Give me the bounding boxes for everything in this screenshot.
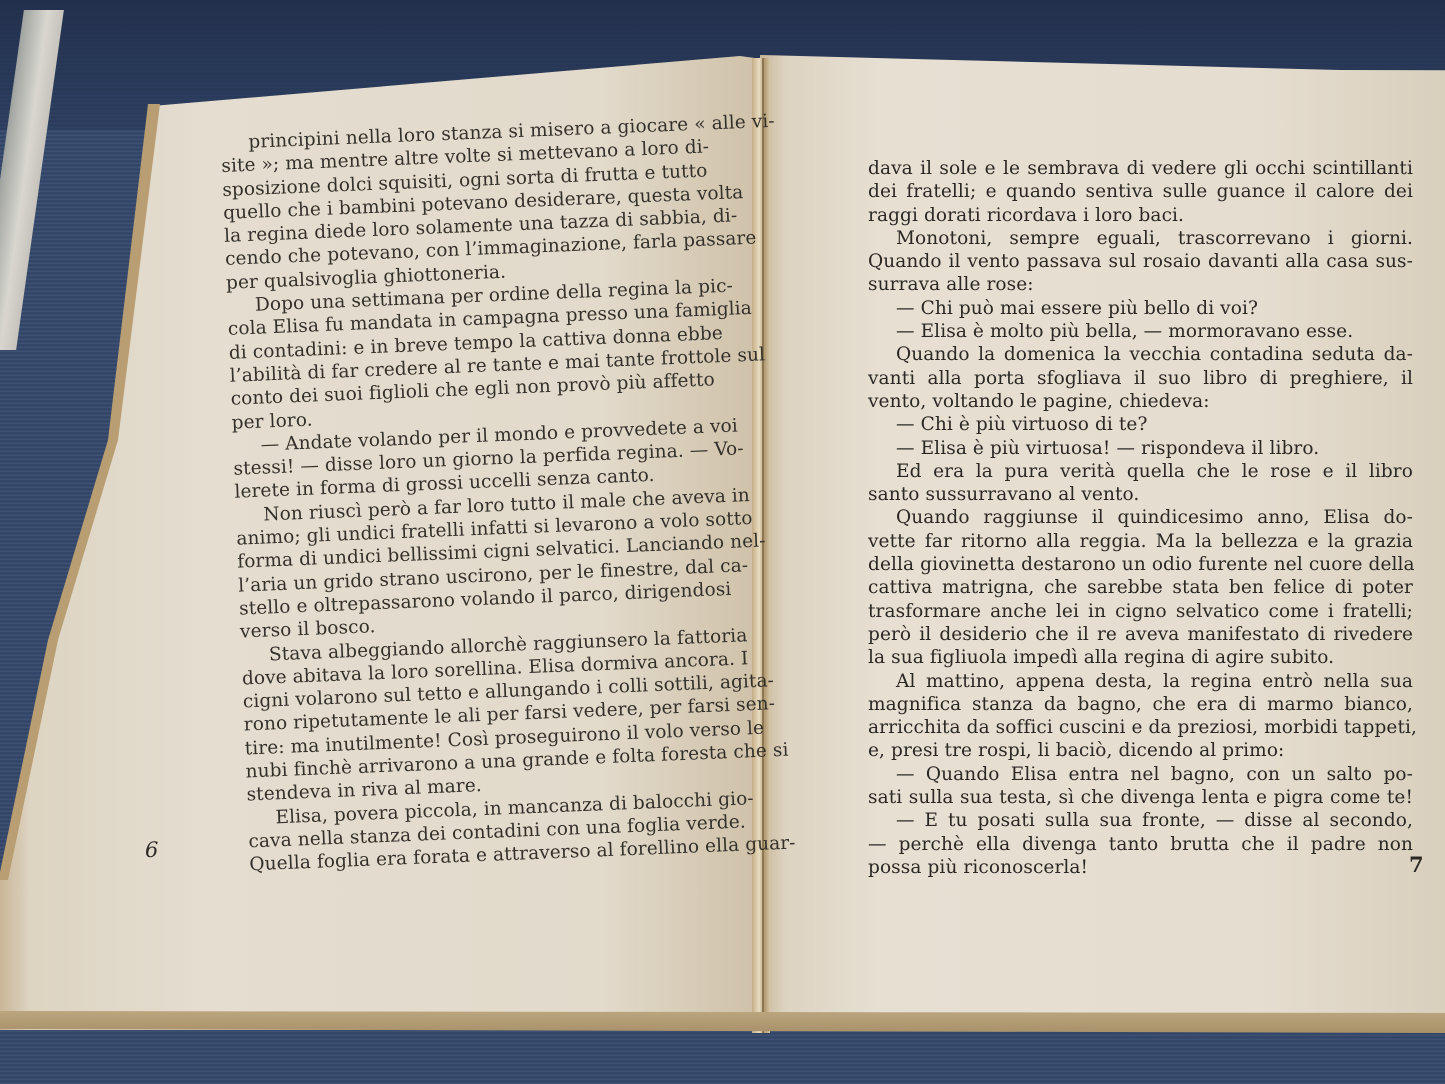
book-bottom-edge <box>0 1011 1445 1037</box>
text-line: — E tu posati sulla sua fronte, — disse … <box>868 809 1413 832</box>
text-line: — Elisa è più virtuosa! — rispondeva il … <box>868 437 1413 460</box>
text-line: surrava alle rose: <box>868 273 1413 296</box>
text-line: — Quando Elisa entra nel bagno, con un s… <box>868 763 1413 786</box>
text-line: però il desiderio che il re aveva manife… <box>868 623 1413 646</box>
text-line: trasformare anche lei in cigno selvatico… <box>868 600 1413 623</box>
text-line: sati sulla sua testa, sì che divenga len… <box>868 786 1413 809</box>
text-line: — Chi è più virtuoso di te? <box>868 413 1413 436</box>
text-line: Monotoni, sempre eguali, trascorrevano i… <box>868 227 1413 250</box>
text-line: santo sussurravano al vento. <box>868 483 1413 506</box>
text-line: raggi dorati ricordava i loro baci. <box>868 204 1413 227</box>
text-line: vento, voltando le pagine, chiedeva: <box>868 390 1413 413</box>
text-line: — Chi può mai essere più bello di voi? <box>868 297 1413 320</box>
text-line: e, presi tre rospi, li baciò, dicendo al… <box>868 739 1413 762</box>
right-page-number: 7 <box>1409 852 1424 877</box>
text-line: arricchita da soffici cuscini e da prezi… <box>868 716 1413 739</box>
left-page-text: principini nella loro stanza si misero a… <box>220 114 698 877</box>
left-page-number: 6 <box>145 838 158 862</box>
text-line: dava il sole e le sembrava di vedere gli… <box>868 157 1413 180</box>
text-line: possa più riconoscerla! <box>868 856 1413 879</box>
text-line: Quando raggiunse il quindicesimo anno, E… <box>868 506 1413 529</box>
text-line: vette far ritorno alla reggia. Ma la bel… <box>868 530 1413 553</box>
text-line: vanti alla porta sfogliava il suo libro … <box>868 367 1413 390</box>
text-line: magnifica stanza da bagno, che era di ma… <box>868 693 1413 716</box>
text-line: la sua figliuola impedì alla regina di a… <box>868 646 1413 669</box>
right-page-text: dava il sole e le sembrava di vedere gli… <box>868 157 1413 879</box>
text-line: — perchè ella divenga tanto brutta che i… <box>868 833 1413 856</box>
text-line: della giovinetta destarono un odio furen… <box>868 553 1413 576</box>
text-line: dei fratelli; e quando sentiva sulle gua… <box>868 180 1413 203</box>
text-line: Al mattino, appena desta, la regina entr… <box>868 670 1413 693</box>
text-line: cattiva matrigna, che sarebbe stata ben … <box>868 576 1413 599</box>
text-line: Quando il vento passava sul rosaio davan… <box>868 250 1413 273</box>
text-line: — Elisa è molto più bella, — mormoravano… <box>868 320 1413 343</box>
text-line: Ed era la pura verità quella che le rose… <box>868 460 1413 483</box>
text-line: Quando la domenica la vecchia contadina … <box>868 343 1413 366</box>
